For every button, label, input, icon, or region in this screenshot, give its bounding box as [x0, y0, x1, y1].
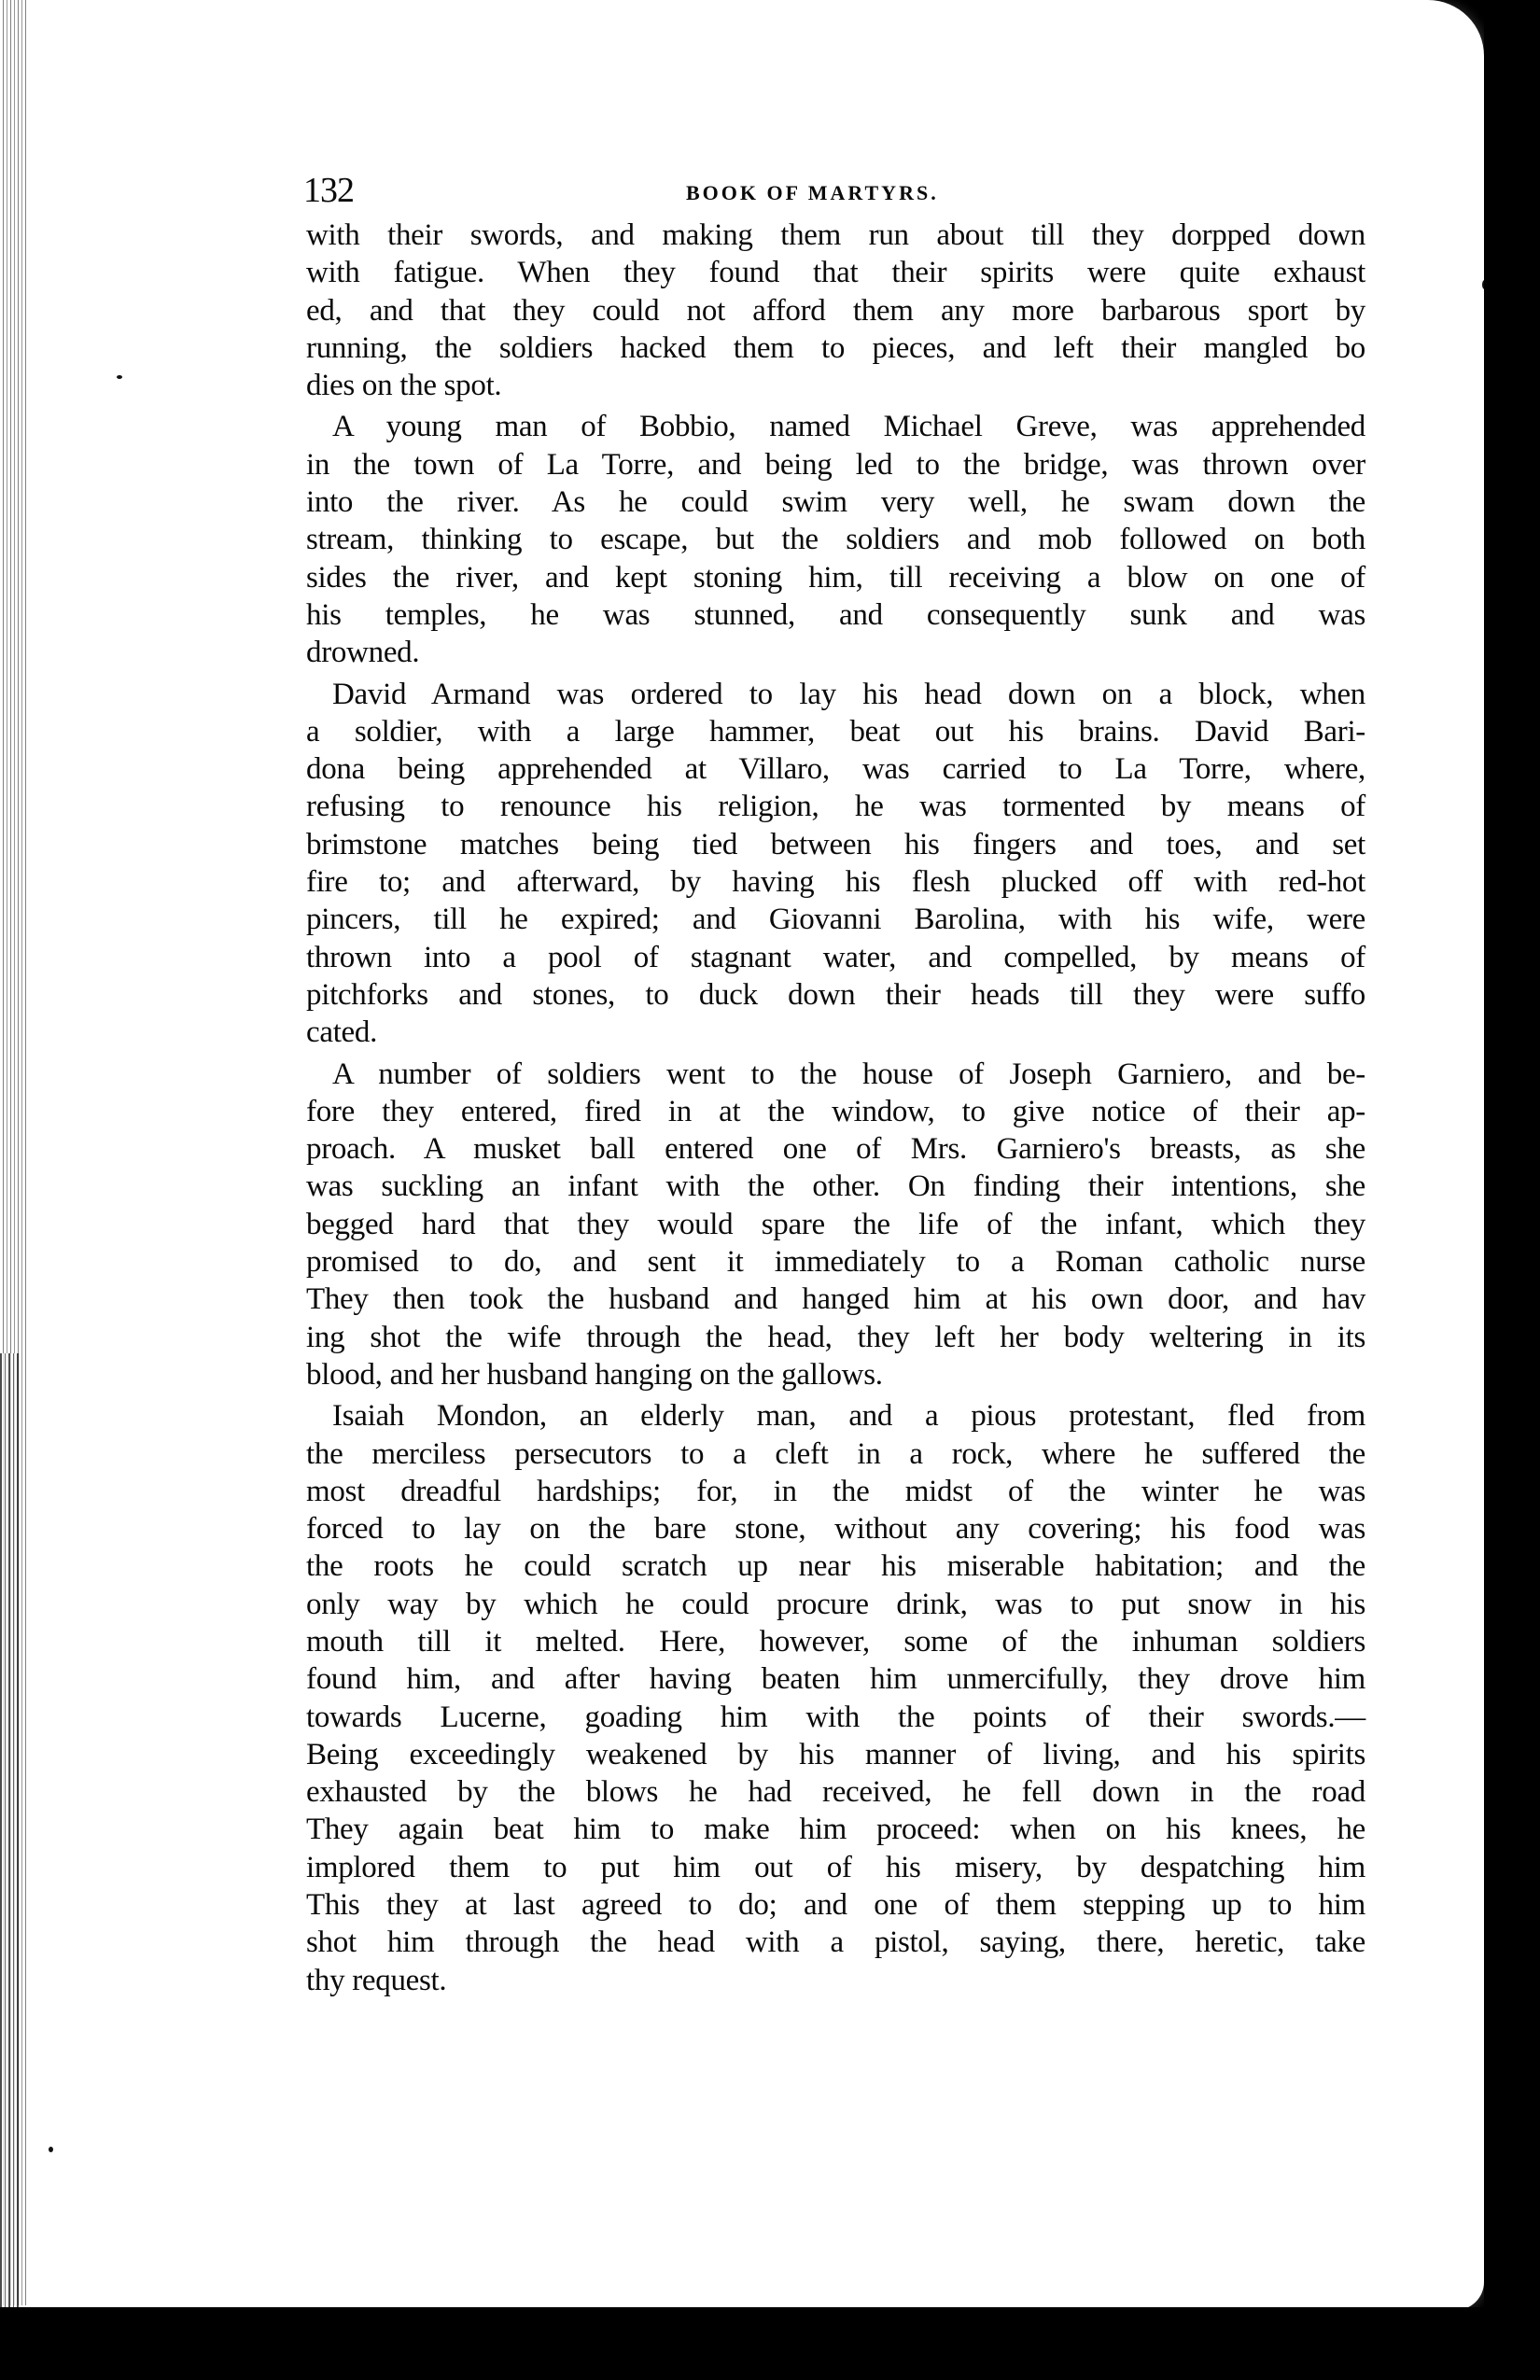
- text-line: a soldier, with a large hammer, beat out…: [306, 713, 1365, 750]
- text-line: mouth till it melted. Here, however, som…: [306, 1623, 1365, 1660]
- text-line: ing shot the wife through the head, they…: [306, 1319, 1365, 1356]
- paragraph: David Armand was ordered to lay his head…: [306, 676, 1365, 1052]
- text-line: only way by which he could procure drink…: [306, 1586, 1365, 1623]
- paragraph: Isaiah Mondon, an elderly man, and a pio…: [306, 1397, 1365, 1999]
- text-line: stream, thinking to escape, but the sold…: [306, 521, 1365, 558]
- text-line: brimstone matches being tied between his…: [306, 826, 1365, 863]
- text-line: dies on the spot.: [306, 367, 1365, 404]
- text-line: his temples, he was stunned, and consequ…: [306, 596, 1365, 634]
- text-line: implored them to put him out of his mise…: [306, 1849, 1365, 1886]
- text-line: found him, and after having beaten him u…: [306, 1660, 1365, 1698]
- text-line: Being exceedingly weakened by his manner…: [306, 1736, 1365, 1773]
- text-line: running, the soldiers hacked them to pie…: [306, 329, 1365, 367]
- scan-border-right: [1484, 0, 1540, 2380]
- text-line: was suckling an infant with the other. O…: [306, 1168, 1365, 1205]
- scan-border-bottom: [0, 2307, 1540, 2380]
- text-line: thrown into a pool of stagnant water, an…: [306, 939, 1365, 976]
- text-line: sides the river, and kept stoning him, t…: [306, 559, 1365, 596]
- text-line: dona being apprehended at Villaro, was c…: [306, 750, 1365, 788]
- text-line: the roots he could scratch up near his m…: [306, 1547, 1365, 1585]
- scan-speck: [49, 2147, 53, 2152]
- text-line: pitchforks and stones, to duck down thei…: [306, 976, 1365, 1014]
- text-line: in the town of La Torre, and being led t…: [306, 446, 1365, 483]
- text-line: with their swords, and making them run a…: [306, 217, 1365, 254]
- text-line: the merciless persecutors to a cleft in …: [306, 1435, 1365, 1473]
- text-line: ed, and that they could not afford them …: [306, 292, 1365, 329]
- paragraph: A young man of Bobbio, named Michael Gre…: [306, 408, 1365, 671]
- text-line: exhausted by the blows he had received, …: [306, 1773, 1365, 1811]
- text-line: A young man of Bobbio, named Michael Gre…: [306, 408, 1365, 445]
- text-line: begged hard that they would spare the li…: [306, 1206, 1365, 1243]
- text-line: forced to lay on the bare stone, without…: [306, 1510, 1365, 1547]
- text-line: most dreadful hardships; for, in the mid…: [306, 1473, 1365, 1510]
- page-number: 132: [303, 170, 354, 211]
- text-line: cated.: [306, 1014, 1365, 1051]
- text-line: thy request.: [306, 1962, 1365, 1999]
- text-line: shot him through the head with a pistol,…: [306, 1924, 1365, 1961]
- text-line: blood, and her husband hanging on the ga…: [306, 1356, 1365, 1393]
- text-line: promised to do, and sent it immediately …: [306, 1243, 1365, 1281]
- running-title: BOOK OF MARTYRS.: [686, 181, 939, 205]
- text-line: proach. A musket ball entered one of Mrs…: [306, 1130, 1365, 1168]
- text-line: fore they entered, fired in at the windo…: [306, 1093, 1365, 1130]
- text-line: pincers, till he expired; and Giovanni B…: [306, 901, 1365, 938]
- page-binding-shadow: [0, 1353, 21, 2315]
- text-line: into the river. As he could swim very we…: [306, 483, 1365, 521]
- text-line: A number of soldiers went to the house o…: [306, 1056, 1365, 1093]
- text-line: fire to; and afterward, by having his fl…: [306, 863, 1365, 901]
- text-line: They then took the husband and hanged hi…: [306, 1281, 1365, 1318]
- text-line: They again beat him to make him proceed:…: [306, 1811, 1365, 1848]
- paragraph: A number of soldiers went to the house o…: [306, 1056, 1365, 1394]
- text-line: towards Lucerne, goading him with the po…: [306, 1699, 1365, 1736]
- scan-speck: [117, 375, 122, 379]
- text-line: This they at last agreed to do; and one …: [306, 1886, 1365, 1924]
- body-text: with their swords, and making them run a…: [306, 217, 1365, 1999]
- scanned-book-page: 132 BOOK OF MARTYRS. with their swords, …: [0, 0, 1484, 2310]
- text-line: drowned.: [306, 634, 1365, 671]
- text-line: David Armand was ordered to lay his head…: [306, 676, 1365, 713]
- text-line: Isaiah Mondon, an elderly man, and a pio…: [306, 1397, 1365, 1435]
- text-line: refusing to renounce his religion, he wa…: [306, 788, 1365, 825]
- text-line: with fatigue. When they found that their…: [306, 254, 1365, 291]
- running-header: 132 BOOK OF MARTYRS.: [303, 170, 1358, 211]
- paragraph: with their swords, and making them run a…: [306, 217, 1365, 404]
